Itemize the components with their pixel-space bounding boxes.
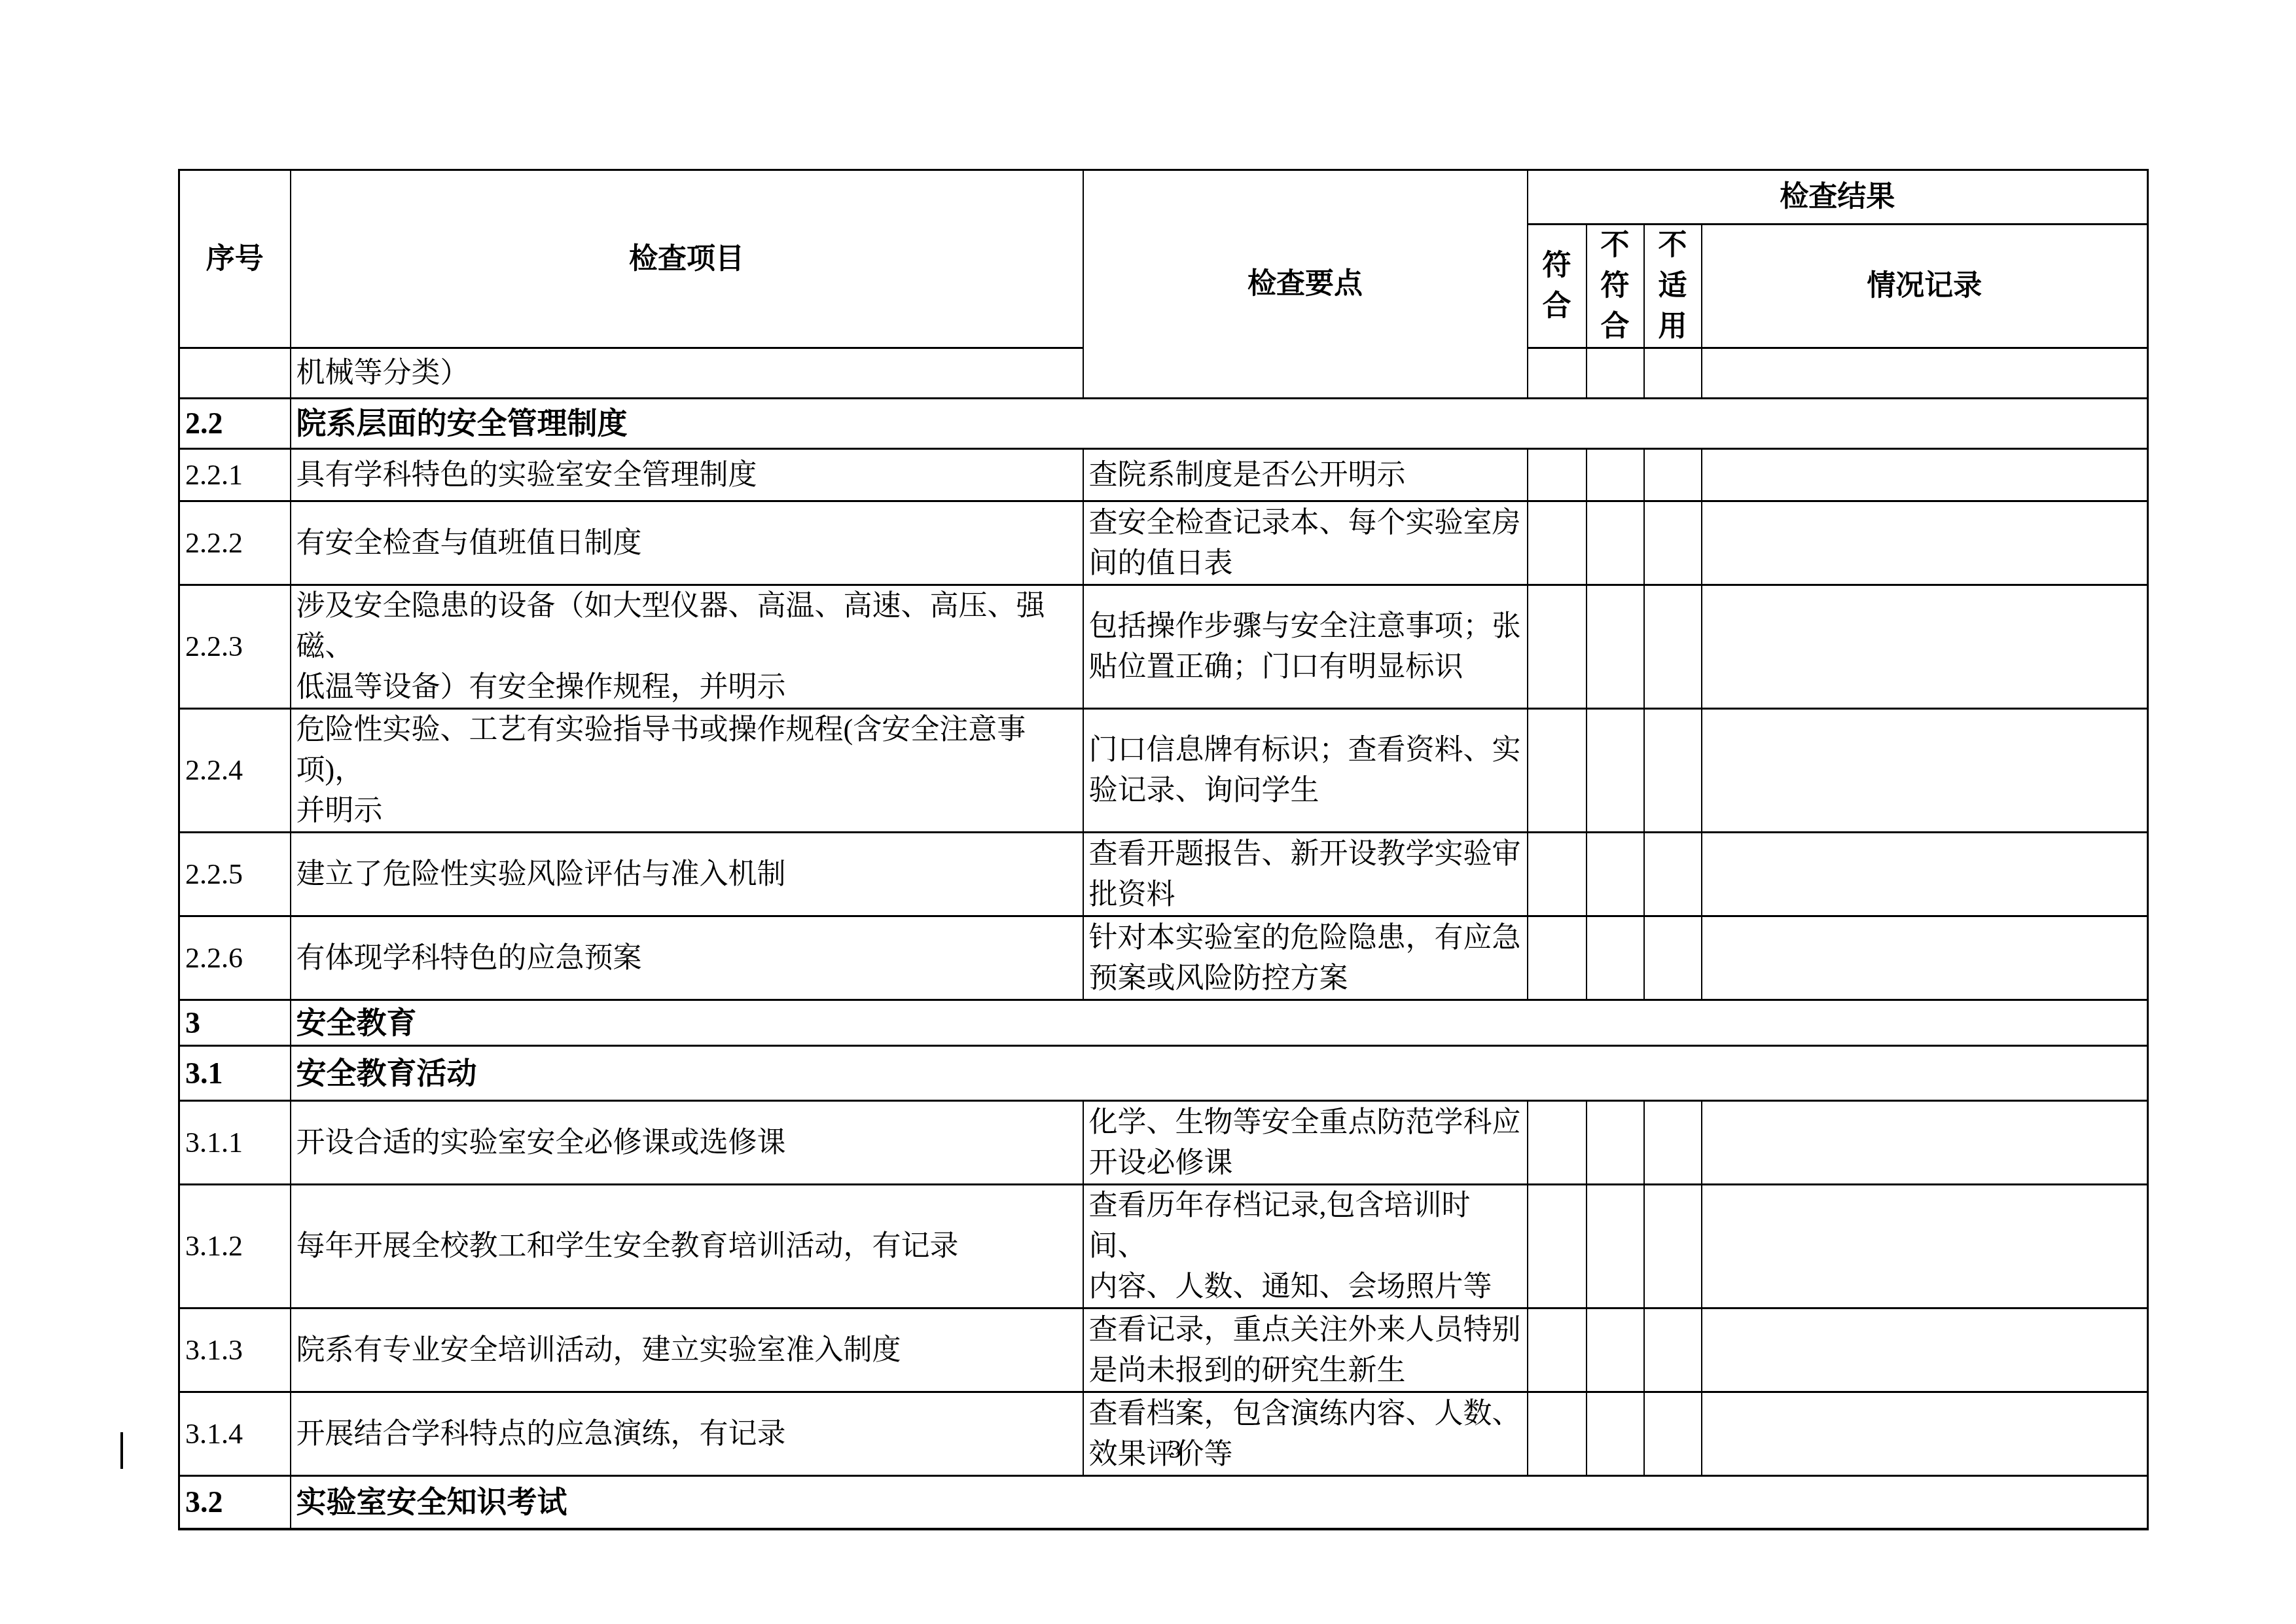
header-col-na: 不适用 [1644, 225, 1702, 348]
fail-cell [1587, 449, 1644, 501]
record-cell [1702, 1185, 2148, 1308]
record-cell [1702, 449, 2148, 501]
table-row-2-2-3: 2.2.3 涉及安全隐患的设备（如大型仪器、高温、高速、高压、强磁、 低温等设备… [179, 585, 2148, 709]
item-cell: 开展结合学科特点的应急演练，有记录 [291, 1392, 1083, 1476]
index-cell: 3.1.3 [179, 1308, 291, 1392]
pass-cell [1528, 916, 1587, 1000]
fail-cell [1587, 1101, 1644, 1185]
item-cell: 院系有专业安全培训活动，建立实验室准入制度 [291, 1308, 1083, 1392]
points-cell: 化学、生物等安全重点防范学科应 开设必修课 [1083, 1101, 1528, 1185]
pass-cell [1528, 1185, 1587, 1308]
index-cell: 2.2.4 [179, 709, 291, 833]
index-cell: 2.2 [179, 399, 291, 449]
record-cell [1702, 916, 2148, 1000]
index-cell: 3.2 [179, 1476, 291, 1529]
pass-cell [1528, 501, 1587, 585]
fail-cell [1587, 709, 1644, 833]
pass-cell [1528, 1392, 1587, 1476]
item-cell: 有安全检查与值班值日制度 [291, 501, 1083, 585]
header-col-record: 情况记录 [1702, 225, 2148, 348]
table-row-2-2-1: 2.2.1 具有学科特色的实验室安全管理制度 查院系制度是否公开明示 [179, 449, 2148, 501]
index-cell [179, 348, 291, 399]
page-number: 3 [1152, 1434, 1198, 1464]
section-title-cell: 安全教育 [291, 1000, 2148, 1046]
index-cell: 2.2.3 [179, 585, 291, 709]
fail-cell [1587, 501, 1644, 585]
pass-cell [1528, 709, 1587, 833]
table-row-section-3: 3 安全教育 [179, 1000, 2148, 1046]
points-cell: 查院系制度是否公开明示 [1083, 449, 1528, 501]
points-cell: 针对本实验室的危险隐患，有应急 预案或风险防控方案 [1083, 916, 1528, 1000]
index-cell: 2.2.6 [179, 916, 291, 1000]
table-row-3-1-3: 3.1.3 院系有专业安全培训活动，建立实验室准入制度 查看记录，重点关注外来人… [179, 1308, 2148, 1392]
na-cell [1644, 1392, 1702, 1476]
fail-cell [1587, 1185, 1644, 1308]
index-cell: 3.1.1 [179, 1101, 291, 1185]
index-cell: 3.1.4 [179, 1392, 291, 1476]
points-cell: 查安全检查记录本、每个实验室房 间的值日表 [1083, 501, 1528, 585]
points-cell: 查看档案，包含演练内容、人数、 效果评价等 [1083, 1392, 1528, 1476]
header-col-item: 检查项目 [291, 170, 1083, 348]
header-col-index: 序号 [179, 170, 291, 348]
na-cell [1644, 709, 1702, 833]
item-cell: 有体现学科特色的应急预案 [291, 916, 1083, 1000]
fail-cell [1587, 833, 1644, 916]
na-cell [1644, 1308, 1702, 1392]
record-cell [1702, 1308, 2148, 1392]
table-row-section-2-2: 2.2 院系层面的安全管理制度 [179, 399, 2148, 449]
fail-cell [1587, 348, 1644, 399]
na-cell [1644, 916, 1702, 1000]
table-row-2-2-4: 2.2.4 危险性实验、工艺有实验指导书或操作规程(含安全注意事项)， 并明示 … [179, 709, 2148, 833]
section-title-cell: 安全教育活动 [291, 1046, 2148, 1101]
record-cell [1702, 1101, 2148, 1185]
pass-cell [1528, 449, 1587, 501]
document-page: 序号 检查项目 检查要点 检查结果 符合 不符合 不适用 情况记录 机械等分类）… [0, 0, 2296, 1624]
pass-cell [1528, 585, 1587, 709]
record-cell [1702, 709, 2148, 833]
record-cell [1702, 833, 2148, 916]
index-cell: 3.1 [179, 1046, 291, 1101]
header-col-pass: 符合 [1528, 225, 1587, 348]
item-cell: 具有学科特色的实验室安全管理制度 [291, 449, 1083, 501]
index-cell: 3.1.2 [179, 1185, 291, 1308]
table-row-2-2-6: 2.2.6 有体现学科特色的应急预案 针对本实验室的危险隐患，有应急 预案或风险… [179, 916, 2148, 1000]
table-row-section-3-2: 3.2 实验室安全知识考试 [179, 1476, 2148, 1529]
item-cell: 危险性实验、工艺有实验指导书或操作规程(含安全注意事项)， 并明示 [291, 709, 1083, 833]
na-cell [1644, 348, 1702, 399]
pass-cell [1528, 1101, 1587, 1185]
fail-cell [1587, 1392, 1644, 1476]
table-row-3-1-2: 3.1.2 每年开展全校教工和学生安全教育培训活动，有记录 查看历年存档记录,包… [179, 1185, 2148, 1308]
na-cell [1644, 1185, 1702, 1308]
record-cell [1702, 501, 2148, 585]
inspection-table: 序号 检查项目 检查要点 检查结果 符合 不符合 不适用 情况记录 机械等分类）… [178, 169, 2149, 1530]
points-cell: 查看开题报告、新开设教学实验审 批资料 [1083, 833, 1528, 916]
item-cell: 开设合适的实验室安全必修课或选修课 [291, 1101, 1083, 1185]
index-cell: 3 [179, 1000, 291, 1046]
na-cell [1644, 449, 1702, 501]
table-row-2-2-2: 2.2.2 有安全检查与值班值日制度 查安全检查记录本、每个实验室房 间的值日表 [179, 501, 2148, 585]
points-cell: 查看历年存档记录,包含培训时间、 内容、人数、通知、会场照片等 [1083, 1185, 1528, 1308]
header-row-1: 序号 检查项目 检查要点 检查结果 [179, 170, 2148, 225]
header-col-result: 检查结果 [1528, 170, 2148, 225]
pass-cell [1528, 1308, 1587, 1392]
header-col-fail: 不符合 [1587, 225, 1644, 348]
table-row-3-1-1: 3.1.1 开设合适的实验室安全必修课或选修课 化学、生物等安全重点防范学科应 … [179, 1101, 2148, 1185]
revision-bar [120, 1432, 123, 1469]
table-row-section-3-1: 3.1 安全教育活动 [179, 1046, 2148, 1101]
na-cell [1644, 1101, 1702, 1185]
pass-cell [1528, 348, 1587, 399]
na-cell [1644, 585, 1702, 709]
item-cell: 涉及安全隐患的设备（如大型仪器、高温、高速、高压、强磁、 低温等设备）有安全操作… [291, 585, 1083, 709]
points-cell: 门口信息牌有标识；查看资料、实 验记录、询问学生 [1083, 709, 1528, 833]
points-cell: 包括操作步骤与安全注意事项；张 贴位置正确；门口有明显标识 [1083, 585, 1528, 709]
record-cell [1702, 1392, 2148, 1476]
pass-cell [1528, 833, 1587, 916]
item-cell: 建立了危险性实验风险评估与准入机制 [291, 833, 1083, 916]
item-cell: 机械等分类） [291, 348, 1083, 399]
section-title-cell: 院系层面的安全管理制度 [291, 399, 2148, 449]
index-cell: 2.2.2 [179, 501, 291, 585]
fail-cell [1587, 585, 1644, 709]
section-title-cell: 实验室安全知识考试 [291, 1476, 2148, 1529]
index-cell: 2.2.5 [179, 833, 291, 916]
record-cell [1702, 348, 2148, 399]
item-cell: 每年开展全校教工和学生安全教育培训活动，有记录 [291, 1185, 1083, 1308]
record-cell [1702, 585, 2148, 709]
fail-cell [1587, 916, 1644, 1000]
fail-cell [1587, 1308, 1644, 1392]
points-cell: 查看记录，重点关注外来人员特别 是尚未报到的研究生新生 [1083, 1308, 1528, 1392]
na-cell [1644, 833, 1702, 916]
table-row-2-2-5: 2.2.5 建立了危险性实验风险评估与准入机制 查看开题报告、新开设教学实验审 … [179, 833, 2148, 916]
index-cell: 2.2.1 [179, 449, 291, 501]
na-cell [1644, 501, 1702, 585]
header-col-points: 检查要点 [1083, 170, 1528, 399]
